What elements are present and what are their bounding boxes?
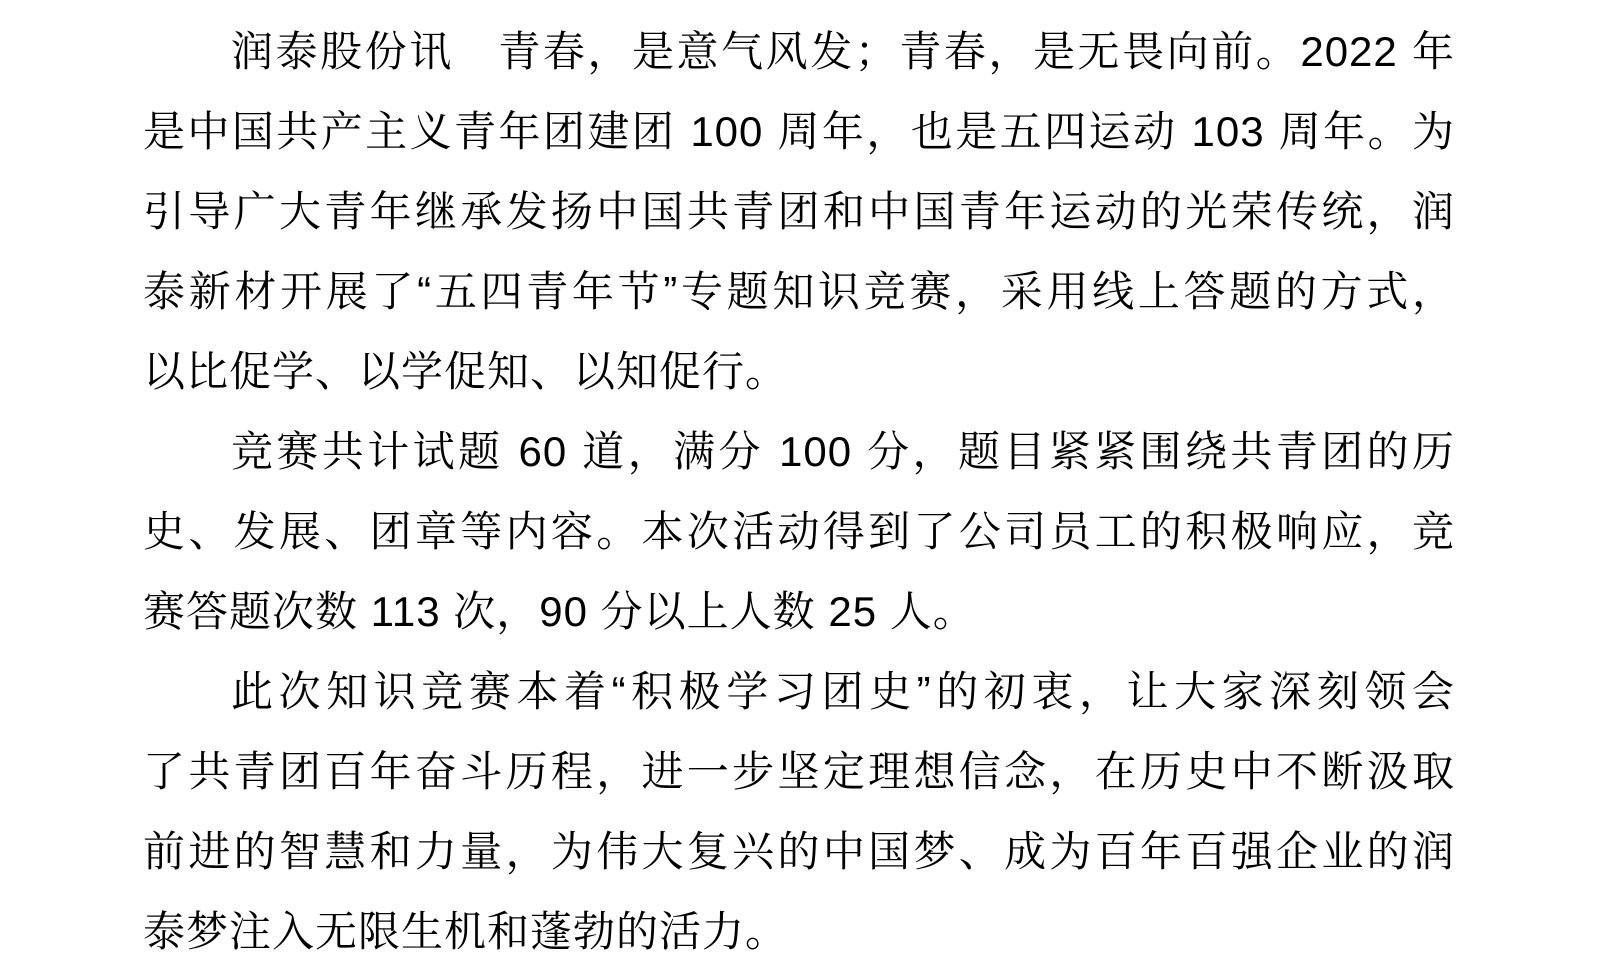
paragraph: 润泰股份讯 青春，是意气风发；青春，是无畏向前。2022 年 是中国共产主义青年… (143, 12, 1455, 412)
text-line: 以比促学、以学促知、以知促行。 (143, 332, 1455, 412)
paragraph: 此次知识竞赛本着“积极学习团史”的初衷，让大家深刻领会 了共青团百年奋斗历程，进… (143, 652, 1455, 972)
text-line: 泰梦注入无限生机和蓬勃的活力。 (143, 892, 1455, 972)
paragraph: 竞赛共计试题 60 道，满分 100 分，题目紧紧围绕共青团的历 史、发展、团章… (143, 412, 1455, 652)
text-line: 竞赛共计试题 60 道，满分 100 分，题目紧紧围绕共青团的历 (143, 412, 1455, 492)
text-line: 引导广大青年继承发扬中国共青团和中国青年运动的光荣传统，润 (143, 172, 1455, 252)
text-line: 赛答题次数 113 次，90 分以上人数 25 人。 (143, 572, 1455, 652)
text-line: 了共青团百年奋斗历程，进一步坚定理想信念，在历史中不断汲取 (143, 732, 1455, 812)
text-line: 泰新材开展了“五四青年节”专题知识竞赛，采用线上答题的方式， (143, 252, 1455, 332)
text-line: 史、发展、团章等内容。本次活动得到了公司员工的积极响应，竞 (143, 492, 1455, 572)
text-line: 此次知识竞赛本着“积极学习团史”的初衷，让大家深刻领会 (143, 652, 1455, 732)
document-page: 润泰股份讯 青春，是意气风发；青春，是无畏向前。2022 年 是中国共产主义青年… (0, 0, 1600, 973)
text-line: 前进的智慧和力量，为伟大复兴的中国梦、成为百年百强企业的润 (143, 812, 1455, 892)
text-line: 润泰股份讯 青春，是意气风发；青春，是无畏向前。2022 年 (143, 12, 1455, 92)
text-line: 是中国共产主义青年团建团 100 周年，也是五四运动 103 周年。为 (143, 92, 1455, 172)
